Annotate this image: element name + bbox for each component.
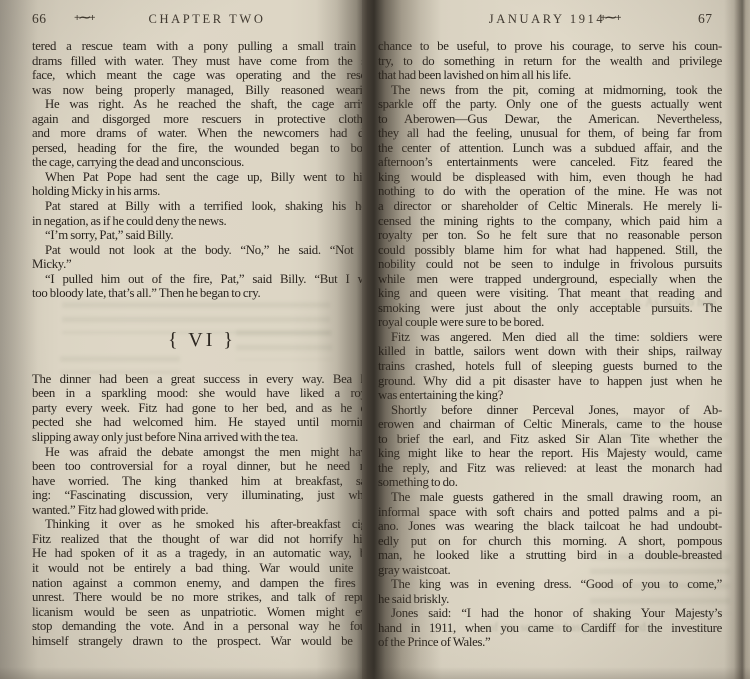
text-line: party every week. Fitz had gone to her b… [32,401,372,416]
text-line: killed in battle, sailors went down with… [378,344,722,359]
text-line: When Pat Pope had sent the cage up, Bill… [32,170,372,185]
text-line: Pat would not look at the body. “No,” he… [32,243,372,258]
text-line: been too controversial for a royal dinne… [32,459,372,474]
text-line: again and disgorged more rescuers in pro… [32,112,372,127]
text-line: royal couple were sure to be bored. [378,315,722,330]
text-line: erowen and chairman of Celtic Minerals, … [378,417,722,432]
text-line: hand in 1911, when you came to Cardiff f… [378,621,722,636]
text-line: gray waistcoat. [378,563,722,578]
text-line: Fitz was angered. Men died all the time:… [378,330,722,345]
page-number-left: 66 [32,11,47,27]
text-line: something to do. [378,475,722,490]
text-line: try, to do something in return for the w… [378,54,722,69]
text-line: tered a rescue team with a pony pulling … [32,39,372,54]
text-line: licanism would be seen as unpatriotic. W… [32,605,372,620]
text-line: too bloody late, that’s all.” Then he be… [32,286,372,301]
text-line: Thinking it over as he smoked his after-… [32,517,372,532]
text-line: The dinner had been a great success in e… [32,372,372,387]
text-line: king might like to hear the report. His … [378,446,722,461]
text-line: a director or shareholder of Celtic Mine… [378,199,722,214]
text-line: nation against a common enemy, and dampe… [32,576,372,591]
text-line: “I pulled him out of the fire, Pat,” sai… [32,272,372,287]
text-line: The king was in evening dress. “Good of … [378,577,722,592]
text-line: Pat stared at Billy with a terrified loo… [32,199,372,214]
text-line: censed the mining rights to the company,… [378,214,722,229]
text-line: stop demanding the vote. And in a person… [32,619,372,634]
text-line: edly put on for church this morning. A s… [378,534,722,549]
text-line: king and queen were visiting. That meant… [378,286,722,301]
text-line: royalty per ton. So he felt sure that no… [378,228,722,243]
text-line: sparkle off the party. Only one of the g… [378,97,722,112]
text-line: He had spoken of it as a tragedy, in an … [32,546,372,561]
page-right: JANUARY 1914 +⁓+ 67 chance to be useful,… [362,0,750,679]
text-line: was now being properly managed, Billy re… [32,83,372,98]
page-left: 66 +⁓+ CHAPTER TWO tered a rescue team w… [0,0,362,679]
text-line: “I’m sorry, Pat,” said Billy. [32,228,372,243]
text-line: the cage, carrying the dead and unconsci… [32,155,372,170]
text-line: in negation, as if he could deny the new… [32,214,372,229]
text-line: while men were trapped underground, espe… [378,272,722,287]
text-line: pected she had welcomed him. He stayed u… [32,415,372,430]
text-line: himself strangely drawn to the prospect.… [32,634,372,649]
header-ornament-icon: +⁓+ [74,11,95,24]
page-number-right: 67 [698,11,713,27]
left-paragraph-block-2: The dinner had been a great success in e… [32,372,372,648]
text-line: slipping away only just before Nina arri… [32,430,372,445]
right-text-column: chance to be useful, to prove his courag… [378,39,722,650]
text-line: nobility could not be seen to indulge in… [378,257,722,272]
text-line: smoking were just about the only accepta… [378,301,722,316]
text-line: face, which meant the cage was operating… [32,68,372,83]
text-line: it would not be entirely a bad thing. Wa… [32,561,372,576]
text-line: The male guests gathered in the small dr… [378,490,722,505]
text-line: unrest. There would be no more strikes, … [32,590,372,605]
text-line: afternoon’s entertainments were canceled… [378,155,722,170]
text-line: to brief the earl, and Fitz asked Sir Al… [378,432,722,447]
text-line: man, he looked like a strutting bird in … [378,548,722,563]
text-line: ing: “Fascinating discussion, very illum… [32,488,372,503]
text-line: chance to be useful, to prove his courag… [378,39,722,54]
text-line: wanted.” Fitz had glowed with pride. [32,503,372,518]
text-line: ground. Why did a pit disaster have to h… [378,374,722,389]
text-line: been in a sparkling mood: she would have… [32,386,372,401]
text-line: holding Micky in his arms. [32,184,372,199]
text-line: could possibly blame him for what had ha… [378,243,722,258]
text-line: He was right. As he reached the shaft, t… [32,97,372,112]
text-line: they all had the feeling, unusual for th… [378,126,722,141]
text-line: Micky.” [32,257,372,272]
book-spread-scan: 66 +⁓+ CHAPTER TWO tered a rescue team w… [0,0,750,679]
text-line: ano. Jones was wearing the black tailcoa… [378,519,722,534]
left-paragraph-block-1: tered a rescue team with a pony pulling … [32,39,372,301]
text-line: persed, heading for the fire, the wounde… [32,141,372,156]
text-line: and more drams of water. When the newcom… [32,126,372,141]
text-line: the center of attention. Lunch was a sub… [378,141,722,156]
text-line: was entertaining the king? [378,388,722,403]
text-line: he said briskly. [378,592,722,607]
text-line: He was afraid the debate amongst the men… [32,445,372,460]
text-line: to Aberowen—Gus Dewar, the American. Nev… [378,112,722,127]
text-line: the reply, and Fitz was relieved: at lea… [378,461,722,476]
text-line: nothing to do with the operation of the … [378,184,722,199]
text-line: that had been lavished on him all his li… [378,68,722,83]
running-head-left: CHAPTER TWO [96,12,318,27]
section-break-vi: { VI } [32,323,372,357]
text-line: trains crashed, hotels full of sleeping … [378,359,722,374]
text-line: have worried. The king thanked him at br… [32,474,372,489]
left-text-column: tered a rescue team with a pony pulling … [32,39,372,648]
text-line: Jones said: “I had the honor of shaking … [378,606,722,621]
text-line: of the Prince of Wales.” [378,635,722,650]
text-line: Shortly before dinner Perceval Jones, ma… [378,403,722,418]
text-line: king would be displeased with him, even … [378,170,722,185]
text-line: informal space with soft chairs and pott… [378,505,722,520]
text-line: Fitz realized that the thought of war di… [32,532,372,547]
text-line: The news from the pit, coming at midmorn… [378,83,722,98]
text-line: drams filled with water. They must have … [32,54,372,69]
header-ornament-icon: +⁓+ [600,11,621,24]
